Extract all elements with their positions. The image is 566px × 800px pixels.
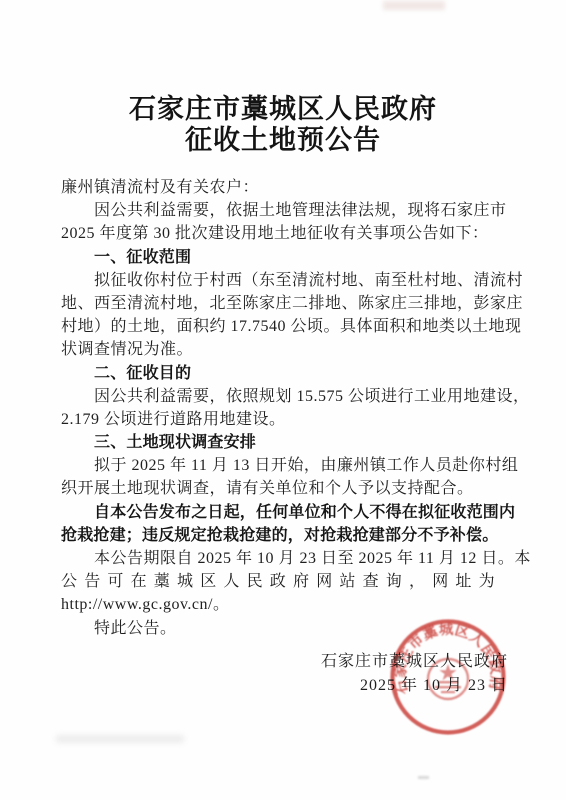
scan-artifact	[383, 1, 445, 10]
body-line: 织开展土地现状调查，请有关单位和个人予以支持配合。	[61, 477, 507, 500]
body-line: 2025 年度第 30 批次建设用地土地征收有关事项公告如下：	[61, 222, 507, 245]
title-line-2: 征收土地预公告	[0, 125, 566, 156]
national-emblem-icon	[428, 659, 468, 699]
document-title: 石家庄市藁城区人民政府 征收土地预公告	[0, 94, 566, 156]
body-line-justified: 公告可在藁城区人民政府网站查询，网址为	[61, 570, 507, 593]
body-line: 拟征收你村位于村西（东至清流村地、南至杜村地、清流村	[61, 269, 507, 292]
body-line: 因公共利益需要，依照规划 15.575 公顷进行工业用地建设，	[61, 385, 507, 408]
official-seal: 石家庄市藁城区人民政府	[383, 612, 513, 742]
body-line: 拟于 2025 年 11 月 13 日开始，由廉州镇工作人员赴你村组	[61, 454, 507, 477]
salutation-line: 廉州镇清流村及有关农户：	[61, 176, 507, 199]
body-line: 因公共利益需要，依据土地管理法律法规，现将石家庄市	[61, 199, 507, 222]
body-line: 状调查情况为准。	[61, 338, 507, 361]
body-line: 地、西至清流村地，北至陈家庄二排地、陈家庄三排地，彭家庄	[61, 292, 507, 315]
section-heading-3: 三、土地现状调查安排	[61, 431, 507, 454]
section-heading-2: 二、征收目的	[61, 362, 507, 385]
scan-artifact	[56, 735, 184, 743]
scan-artifact	[418, 776, 429, 779]
section-heading-1: 一、征收范围	[61, 246, 507, 269]
body-line: 本公告期限自 2025 年 10 月 23 日至 2025 年 11 月 12 …	[61, 547, 507, 570]
body-line: 村地）的土地，面积约 17.7540 公顷。具体面积和地类以土地现	[61, 315, 507, 338]
document-body: 廉州镇清流村及有关农户： 因公共利益需要，依据土地管理法律法规，现将石家庄市 2…	[61, 176, 507, 640]
title-line-1: 石家庄市藁城区人民政府	[0, 94, 566, 125]
body-line: 2.179 公顷进行道路用地建设。	[61, 408, 507, 431]
scanned-notice-page: 石家庄市藁城区人民政府 征收土地预公告 廉州镇清流村及有关农户： 因公共利益需要…	[0, 0, 566, 800]
warning-line: 抢栽抢建；违反规定抢栽抢建的，对抢栽抢建部分不予补偿。	[61, 524, 507, 547]
warning-line: 自本公告发布之日起，任何单位和个人不得在拟征收范围内	[61, 501, 507, 524]
